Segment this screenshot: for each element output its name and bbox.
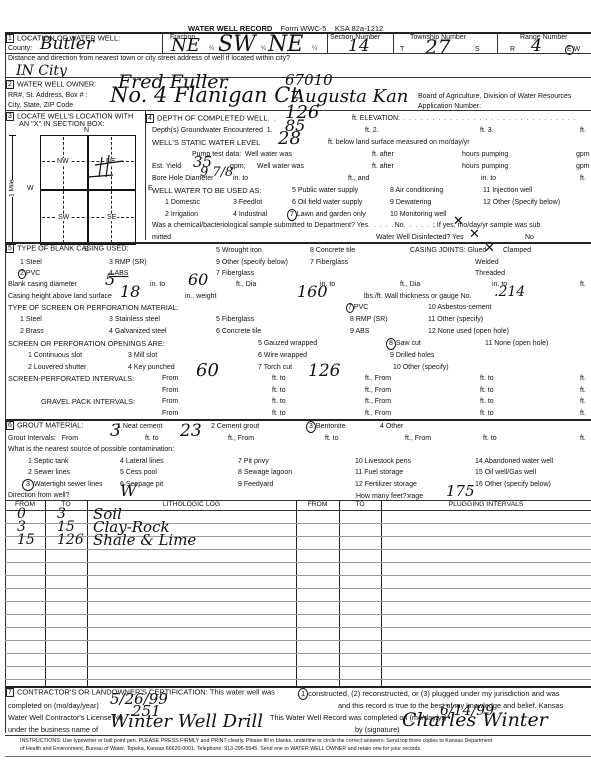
casing-option[interactable]: 7 Fiberglass (216, 270, 254, 277)
ft-from-label: ft., From (365, 410, 391, 417)
ft-dia-label: ft., Dia (236, 281, 256, 288)
contamination-option[interactable]: 16 Other (specify below) (475, 481, 551, 488)
opening-option[interactable]: 5 Gauzed wrapped (258, 340, 317, 347)
feet-label: How many feet? (356, 493, 407, 500)
log-column-divider (381, 500, 382, 686)
ft-after-label: ft. after (372, 163, 394, 170)
use-option-selected[interactable]: 7Lawn and garden only (287, 209, 366, 221)
ft-to-label: ft. to (272, 398, 286, 405)
disinfected-yes-x-mark[interactable]: ✕ (469, 228, 480, 241)
joints-label: CASING JOINTS: Glued (410, 247, 486, 254)
divider (162, 33, 163, 53)
ft-label: ft. (580, 410, 586, 417)
ft-to-label: ft. to (480, 398, 494, 405)
distance-label: Distance and direction from nearest town… (8, 55, 290, 62)
groundwater-3-label: ft. 3. (480, 127, 494, 134)
ft-from-label: ft., From (365, 375, 391, 382)
ft-and-label: ft., and (348, 175, 369, 182)
contamination-option[interactable]: 12 Fertilizer storage (355, 481, 417, 488)
casing-option[interactable]: 5 Wrought iron (216, 247, 262, 254)
screen-option[interactable]: 5 Fiberglass (216, 316, 254, 323)
opening-option[interactable]: 6 Wire wrapped (258, 352, 307, 359)
disinfected-no-label: No (525, 234, 534, 241)
nw-label: NW (56, 158, 70, 165)
direction-label: Direction from well? (8, 492, 69, 499)
address-field[interactable]: No. 4 Flanigan Ct (110, 85, 299, 106)
gravel-pack-label: GRAVEL PACK INTERVALS: (41, 398, 135, 405)
range-prefix: R (510, 46, 515, 53)
log-row-line (5, 627, 591, 628)
in-to-label: in. to (233, 175, 248, 182)
ft-to-label: ft. to (272, 387, 286, 394)
casing-option[interactable]: 7 Fiberglass (310, 259, 348, 266)
sample-label: Was a chemical/bacteriological sample su… (152, 222, 540, 229)
log-table: FROMTOLITHOLOGIC LOGFROMTOPLUGGING INTER… (5, 500, 591, 686)
gpm-label: gpm (576, 151, 590, 158)
license-label: Water Well Contractor's License No. (8, 714, 125, 721)
completed-label: completed on (mo/day/year) (8, 702, 99, 709)
section2-heading: 2WATER WELL OWNER: (6, 80, 96, 89)
log-column-divider (339, 500, 340, 686)
ft-label: ft. (580, 375, 586, 382)
casing-height-field[interactable]: 18 (120, 284, 140, 300)
grout-option[interactable]: 2 Cement grout (211, 423, 259, 430)
disinfected-label: Water Well Disinfected? Yes (376, 234, 464, 241)
signature-label: by (signature) (355, 726, 400, 733)
township-field[interactable]: 27 (425, 37, 450, 57)
contamination-option[interactable]: 8 Sewage lagoon (238, 469, 292, 476)
use-option[interactable]: 11 Injection well (483, 187, 532, 194)
opening-option-selected[interactable]: 8Saw cut (386, 338, 421, 350)
screen-option[interactable]: 6 Concrete tile (216, 328, 261, 335)
section-box[interactable]: N S W E NW NE SW SE (40, 135, 136, 245)
divider (5, 735, 591, 736)
clamped-label: Clamped (503, 247, 531, 254)
log-row-line (5, 666, 591, 667)
casing-option[interactable]: 8 Concrete tile (310, 247, 355, 254)
township-suffix: S (475, 46, 480, 53)
divider (327, 33, 328, 53)
opening-option[interactable]: 3 Mill slot (128, 352, 157, 359)
gauge-label: lbs./ft. Wall thickness or gauge No. (364, 293, 472, 300)
instructions-line2: of Health and Environment, Bureau of Wat… (20, 747, 422, 752)
use-option[interactable]: 1 Domestic (165, 199, 200, 206)
log-row-line (5, 601, 591, 602)
feet-field[interactable]: 175 (446, 484, 475, 499)
ft-from-label: ft., From (365, 398, 391, 405)
mile-label: 1 Mile (9, 180, 16, 197)
sw-label: SW (57, 214, 70, 221)
ft-to-label: ft. to (480, 375, 494, 382)
blank-to-field[interactable]: 60 (188, 272, 208, 288)
yield-label: Est. Yield (152, 163, 181, 170)
section4-heading: 4DEPTH OF COMPLETED WELL. . (146, 114, 277, 123)
log-header: TO (339, 502, 381, 509)
screen-from-field[interactable]: 60 (196, 362, 219, 380)
opening-option[interactable]: 10 Other (specify) (393, 364, 449, 371)
screen-intervals-label: SCREEN-PERFORATED INTERVALS: (8, 375, 134, 382)
static-label: WELL'S STATIC WATER LEVEL (152, 139, 260, 147)
divider (145, 110, 146, 240)
use-option[interactable]: 6 Oil field water supply (292, 199, 362, 206)
grout-intervals-label: Grout Intervals: From (8, 435, 78, 442)
grout-from-field[interactable]: 3 (110, 423, 121, 440)
ft-from-label: ft., From (228, 435, 254, 442)
hours-pumping-label: hours pumping (462, 163, 508, 170)
casing-height-label: Casing height above land surface (8, 293, 112, 300)
screen-option[interactable]: 4 Galvanized steel (109, 328, 167, 335)
use-option[interactable]: 8 Air conditioning (390, 187, 443, 194)
application-number-label: Application Number: (418, 103, 481, 110)
bore-diameter-field[interactable]: 9 7/8 (200, 166, 233, 179)
screen-option-selected[interactable]: 7PVC (346, 303, 368, 313)
divider (5, 53, 591, 54)
quarter-symbol: ¼ (261, 46, 266, 52)
divider (497, 33, 498, 53)
use-option[interactable]: 10 Monitoring well (390, 211, 446, 218)
grout-option[interactable]: 4 Other (380, 423, 403, 430)
gpm-label: gpm (576, 163, 590, 170)
opening-option[interactable]: 7 Torch cut (258, 364, 292, 371)
contamination-option[interactable]: 14 Abandoned water well (475, 458, 553, 465)
grout-to-field[interactable]: 23 (180, 423, 202, 440)
log-row-line (5, 640, 591, 641)
quarter-symbol: ¼ (312, 46, 317, 52)
north-label: N (84, 127, 89, 134)
city-label: City, State, ZIP Code (8, 102, 73, 109)
county-field[interactable]: Butler (40, 36, 94, 53)
use-label: WELL WATER TO BE USED AS: (152, 187, 261, 195)
ft-label: ft. (580, 387, 586, 394)
log-from-cell[interactable]: 15 (17, 533, 35, 547)
contamination-option[interactable]: 2 Sewer lines (28, 469, 70, 476)
screen-option[interactable]: 8 RMP (SR) (350, 316, 388, 323)
from-label: From (162, 387, 178, 394)
use-option[interactable]: 9 Dewatering (390, 199, 431, 206)
log-row-line (5, 653, 591, 654)
contamination-option[interactable]: 9 Feedyard (238, 481, 273, 488)
se-label: SE (106, 214, 117, 221)
in-to-label: in. to (481, 175, 496, 182)
divider (393, 33, 394, 53)
ft-to-label: ft. to (480, 387, 494, 394)
screen-to-field[interactable]: 126 (308, 363, 340, 380)
ft-label: ft. (580, 281, 586, 288)
log-row-line (5, 588, 591, 589)
contamination-label: What is the nearest source of possible c… (8, 446, 174, 453)
section3-heading-line2: AN "X" IN SECTION BOX: (19, 120, 104, 127)
log-row-line (5, 549, 591, 550)
gauge-field[interactable]: .214 (494, 285, 525, 299)
in-to-label: in. to (150, 281, 165, 288)
contamination-option[interactable]: 10 Livestock pens (355, 458, 411, 465)
weight-label: in., weight (185, 293, 217, 300)
use-option[interactable]: 3 Feedlot (233, 199, 262, 206)
county-label: County: (8, 45, 32, 52)
use-option[interactable]: 12 Other (Specify below) (483, 199, 560, 206)
ft-after-label: ft. after (372, 151, 394, 158)
use-option[interactable]: 4 Industrial (233, 211, 267, 218)
screen-option[interactable]: 11 Other (specify) (428, 316, 483, 323)
grout-option-selected[interactable]: 3Bentonite (306, 421, 346, 433)
contamination-option[interactable]: 11 Fuel storage (355, 469, 403, 476)
blank-diameter-label: Blank casing diameter (8, 281, 77, 288)
distance-field[interactable]: IN City (16, 64, 67, 78)
ft-to-label: ft. to (272, 375, 286, 382)
log-header: PLUGGING INTERVALS (381, 502, 591, 509)
log-column-divider (87, 500, 88, 686)
well-water-label: Well water was (257, 163, 304, 170)
contamination-option[interactable]: 15 Oil well/Gas well (475, 469, 536, 476)
section6-heading: 6GROUT MATERIAL: (6, 421, 83, 430)
casing-option-selected[interactable]: 2PVC (18, 269, 40, 279)
ft-label: ft. (580, 127, 586, 134)
divider (5, 419, 591, 421)
ft-to-label: ft. to (272, 410, 286, 417)
range-label: Range Number (520, 34, 567, 41)
log-header: FROM (296, 502, 339, 509)
ft-label: ft. (580, 398, 586, 405)
groundwater-2-label: ft. 2. (365, 127, 379, 134)
opening-option[interactable]: 4 Key punched (128, 364, 175, 371)
screen-material-label: TYPE OF SCREEN OR PERFORATION MATERIAL: (8, 304, 179, 311)
cert-options[interactable]: 1constructed, (2) reconstructed, or (3) … (298, 688, 560, 700)
screen-option[interactable]: 9 ABS (350, 328, 369, 335)
board-label: Board of Agriculture, Division of Water … (418, 93, 571, 100)
groundwater-label: Depth(s) Groundwater Encountered 1. (152, 127, 273, 134)
from-label: From (162, 398, 178, 405)
township-prefix: T (400, 46, 404, 53)
signature-field[interactable]: Charles Winter (402, 711, 548, 730)
grid-line (40, 189, 136, 191)
log-header: TO (45, 502, 87, 509)
opening-option[interactable]: 9 Drilled holes (390, 352, 434, 359)
log-row-line (5, 575, 591, 576)
ft-label: ft. (580, 435, 586, 442)
quarter-symbol: ¼ (209, 46, 214, 52)
grout-option[interactable]: 1 Neat cement (117, 423, 163, 430)
casing-option[interactable]: 3 RMP (SR) (109, 259, 147, 266)
log-description-cell[interactable]: Shale & Lime (93, 533, 196, 548)
business-name-field[interactable]: Winter Well Drill (110, 713, 263, 731)
section5-heading: 5TYPE OF BLANK CASING USED: (6, 244, 129, 253)
screen-option[interactable]: 1 Steel (20, 316, 42, 323)
opening-option[interactable]: 2 Louvered shutter (28, 364, 86, 371)
contamination-option-selected[interactable]: 3Watertight sewer lines (22, 479, 103, 491)
screen-option[interactable]: 2 Brass (20, 328, 44, 335)
blank-diameter-field[interactable]: 5 (105, 272, 115, 288)
direction-field[interactable]: W (120, 483, 136, 499)
business-label: under the business name of (8, 726, 98, 733)
instructions-line1: INSTRUCTIONS: Use typewriter or ball poi… (20, 739, 492, 744)
log-row-line (5, 614, 591, 615)
opening-option[interactable]: 1 Continuous slot (28, 352, 82, 359)
glued-x-mark[interactable]: ✕ (484, 242, 495, 255)
log-to-cell[interactable]: 126 (57, 533, 84, 547)
contamination-option[interactable]: 1 Septic tank (28, 458, 68, 465)
from-label: From (162, 375, 178, 382)
hours-pumping-label: hours pumping (462, 151, 508, 158)
contamination-option[interactable]: 5 Cess pool (120, 469, 157, 476)
screen-option[interactable]: 12 None used (open hole) (428, 328, 509, 335)
screen-option[interactable]: 3 Stainless steel (109, 316, 160, 323)
log-row-line (5, 679, 591, 680)
weight-field[interactable]: 160 (297, 284, 328, 300)
openings-label: SCREEN OR PERFORATION OPENINGS ARE: (8, 340, 165, 347)
opening-option[interactable]: 11 None (open hole) (485, 340, 548, 347)
ft-to-label: ft. to (483, 435, 497, 442)
contamination-option[interactable]: 4 Lateral lines (120, 458, 164, 465)
casing-option[interactable]: 1 Steel (20, 259, 42, 266)
mitted-label: mitted (152, 234, 171, 241)
contamination-option[interactable]: 7 Pit privy (238, 458, 269, 465)
from-label: From (162, 410, 178, 417)
ft-from-label: ft., From (365, 387, 391, 394)
log-row-line (5, 562, 591, 563)
grid-dashed (63, 137, 64, 243)
well-location-mark (87, 149, 127, 179)
ft-to-label: ft. to (145, 435, 159, 442)
ft-dia-label: ft., Dia (400, 281, 420, 288)
log-column-divider (296, 500, 297, 686)
threaded-label: Threaded (475, 270, 505, 277)
static-suffix: ft. below land surface measured on mo/da… (328, 139, 470, 146)
elevation-label: ft. ELEVATION: . . . . . . . . . . . . .… (352, 115, 577, 122)
use-option[interactable]: 5 Public water supply (292, 187, 358, 194)
casing-option[interactable]: 9 Other (specify below) (216, 259, 288, 266)
ft-from-label: ft., From (405, 435, 431, 442)
grid-dashed (42, 217, 134, 218)
use-option[interactable]: 2 Irrigation (165, 211, 198, 218)
divider (5, 756, 591, 757)
ft-to-label: ft. to (325, 435, 339, 442)
static-level-field[interactable]: 28 (278, 130, 301, 148)
screen-option[interactable]: 10 Asbestos-cement (428, 304, 491, 311)
west-label: W (27, 185, 34, 192)
sample-no-x-mark[interactable]: ✕ (453, 215, 464, 228)
mile-scale: 1 Mile (8, 135, 18, 245)
ft-label: ft. (580, 175, 586, 182)
address-label: RR#, St. Address, Box # : (8, 92, 87, 99)
welded-label: Welded (475, 259, 499, 266)
log-column-divider (45, 500, 46, 686)
ft-to-label: ft. to (480, 410, 494, 417)
